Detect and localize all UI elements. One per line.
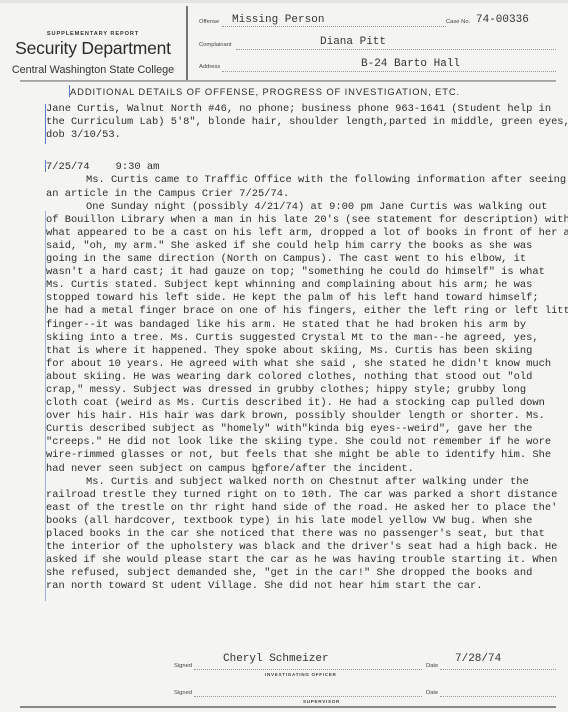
- paragraph-line: what appeared to be a cast on his left a…: [46, 227, 546, 240]
- paragraph-line: east of the trestle on thr right hand si…: [46, 502, 546, 515]
- paragraph-line: cloth coat (weird as Ms. Curtis describe…: [46, 397, 546, 410]
- footer-rule: [20, 706, 556, 708]
- entry-date: 7/25/74: [46, 161, 90, 173]
- handwritten-insert: or: [256, 468, 264, 476]
- paragraph-line: had never seen subject on campus before/…: [46, 463, 546, 476]
- address-line: [222, 71, 556, 72]
- offense-value: Missing Person: [232, 14, 324, 26]
- paragraph-line: of Bouillon Library when a man in his la…: [46, 214, 546, 227]
- paragraph-line: an article in the Campus Crier 7/25/74.: [46, 188, 546, 201]
- paragraph-line: finger--it was bandaged like his arm. He…: [46, 319, 546, 332]
- supplementary-report-label: SUPPLEMENTARY REPORT: [0, 31, 186, 37]
- intro-line: dob 3/10/53.: [46, 129, 546, 142]
- institution-name: Central Washington State College: [0, 64, 186, 76]
- paragraph-line: about skiing. He was wearing dark colore…: [46, 371, 546, 384]
- supervisor-signature-line: [194, 696, 422, 697]
- paragraph-line: books (all hardcover, textbook type) in …: [46, 515, 546, 528]
- case-number-label: Case No.: [446, 19, 470, 25]
- paragraph-line: for about 10 years. He agreed with what …: [46, 358, 546, 371]
- supervisor-date-label: Date: [426, 690, 438, 696]
- address-label: Address: [199, 64, 220, 70]
- section-title: ADDITIONAL DETAILS OF OFFENSE, PROGRESS …: [70, 86, 460, 97]
- offense-line: [222, 26, 446, 27]
- officer-signed-label: Signed: [174, 663, 192, 669]
- complainant-label: Complainant: [199, 42, 232, 48]
- paragraph-line: the interior of the upholstery was black…: [46, 541, 546, 554]
- paragraph-line: Ms. Curtis stated. Subject kept whinning…: [46, 279, 546, 292]
- case-number-value: 74-00336: [476, 14, 529, 26]
- officer-date: 7/28/74: [455, 653, 501, 665]
- paragraph-line: railroad trestle they turned right on to…: [46, 489, 546, 502]
- paragraph-line: Curtis described subject as "homely" wit…: [46, 423, 546, 436]
- paragraph-line: that is where it happened. They spoke ab…: [46, 345, 546, 358]
- supervisor-date-line: [440, 696, 556, 697]
- complainant-line: [236, 49, 556, 50]
- intro-line: the Curriculum Lab) 5'8", blonde hair, s…: [46, 116, 546, 129]
- department-title: Security Department: [0, 38, 186, 59]
- paragraph-line: Ms. Curtis came to Traffic Office with t…: [46, 174, 546, 187]
- paragraph-line: going in the same direction (North on Ca…: [46, 253, 546, 266]
- paragraph-line: stopped toward his left side. He kept th…: [46, 292, 546, 305]
- officer-date-line: [440, 669, 556, 670]
- supervisor-signed-label: Signed: [174, 690, 192, 696]
- supervisor-role: SUPERVISOR: [303, 699, 340, 704]
- officer-signature-line: [194, 669, 422, 670]
- paragraph-line: she refused, subject demanded she, "get …: [46, 567, 546, 580]
- paragraph-line: Ms. Curtis and subject walked north on C…: [46, 476, 546, 489]
- complainant-value: Diana Pitt: [320, 36, 386, 48]
- entry-time: 9:30 am: [116, 161, 160, 173]
- paragraph-line: crap," messy. Subject was dressed in gru…: [46, 384, 546, 397]
- paragraph-line: wire-rimmed glasses or not, but feels th…: [46, 449, 546, 462]
- paragraph-line: ran north toward St udent Village. She d…: [46, 580, 546, 593]
- officer-role: INVESTIGATING OFFICER: [265, 672, 337, 677]
- address-value: B-24 Barto Hall: [361, 58, 460, 70]
- paragraph-line: said, "oh, my arm." She asked if she cou…: [46, 240, 546, 253]
- report-header-brand: SUPPLEMENTARY REPORT Security Department…: [0, 0, 186, 82]
- officer-name: Cheryl Schmeizer: [223, 653, 329, 665]
- report-page: SUPPLEMENTARY REPORT Security Department…: [0, 0, 568, 712]
- paragraph-line: over his hair. His hair was dark brown, …: [46, 410, 546, 423]
- header-rule: [20, 80, 556, 82]
- offense-label: Offense: [199, 19, 219, 25]
- paragraph-line: One Sunday night (possibly 4/21/74) at 9…: [46, 201, 546, 214]
- report-body: Jane Curtis, Walnut North #46, no phone;…: [46, 103, 546, 593]
- entry-header: 7/25/749:30 am: [46, 161, 546, 174]
- paragraph-line: asked if she would please start the car …: [46, 554, 546, 567]
- paragraph-line: skiing into a tree. Ms. Curtis suggested…: [46, 332, 546, 345]
- officer-date-label: Date: [426, 663, 438, 669]
- paragraph-line: wasn't a hard cast; it had gauze on top;…: [46, 266, 546, 279]
- paragraph-line: "creeps." He did not look like the skiin…: [46, 436, 546, 449]
- paragraph-line: he had a metal finger brace on one of hi…: [46, 305, 546, 318]
- intro-line: Jane Curtis, Walnut North #46, no phone;…: [46, 103, 546, 116]
- header-divider: [186, 6, 188, 80]
- paragraph-line: placed books in the car she noticed that…: [46, 528, 546, 541]
